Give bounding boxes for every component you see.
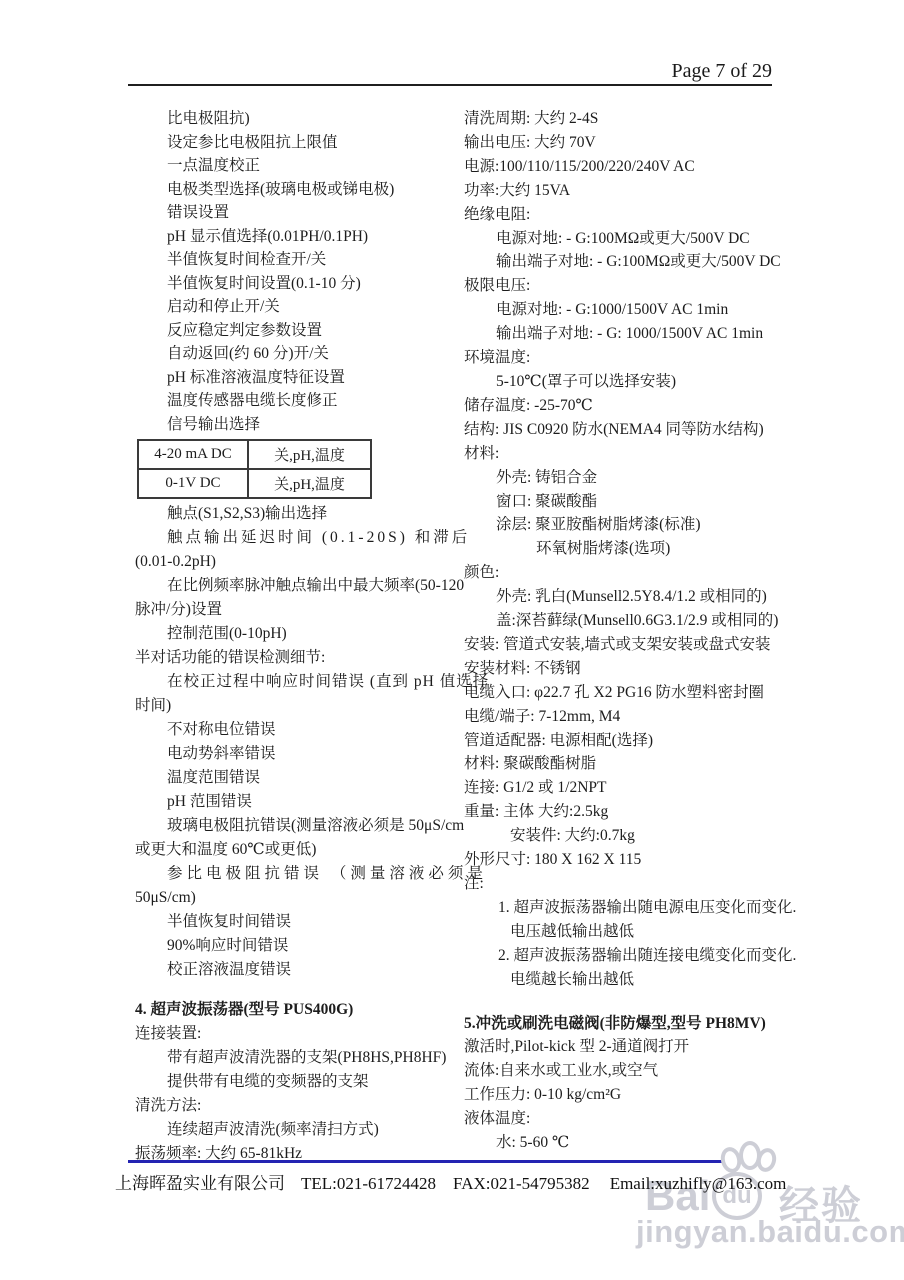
text-line: 90%响应时间错误 (135, 934, 465, 958)
text-line: 清洗方法: (135, 1094, 465, 1118)
text-line: 5-10℃(罩子可以选择安装) (464, 370, 809, 394)
text-line: 电源对地: - G:1000/1500V AC 1min (464, 298, 809, 322)
text-line: 连接: G1/2 或 1/2NPT (464, 776, 809, 800)
text-line: 工作压力: 0-10 kg/cm²G (464, 1083, 809, 1107)
baidu-watermark-url: jingyan.baidu.com (636, 1214, 904, 1250)
text-line: 外壳: 乳白(Munsell2.5Y8.4/1.2 或相同的) (464, 585, 809, 609)
text-line: 反应稳定判定参数设置 (135, 319, 465, 343)
text-line: 触点(S1,S2,S3)输出选择 (135, 502, 465, 526)
text-line: 结构: JIS C0920 防水(NEMA4 同等防水结构) (464, 418, 809, 442)
table-row: 4-20 mA DC关,pH,温度 (138, 440, 371, 469)
table-cell: 0-1V DC (138, 469, 248, 498)
text-line: 极限电压: (464, 274, 809, 298)
text-line: 储存温度: -25-70℃ (464, 394, 809, 418)
text-line: 激活时,Pilot-kick 型 2-通道阀打开 (464, 1035, 809, 1059)
text-line: 安装材料: 不锈钢 (464, 657, 809, 681)
text-line: 连接装置: (135, 1022, 465, 1046)
text-line: 功率:大约 15VA (464, 179, 809, 203)
text-line: 涂层: 聚亚胺酯树脂烤漆(标准) (464, 513, 809, 537)
text-line: 外壳: 铸铝合金 (464, 466, 809, 490)
footer-tel: TEL:021-61724428 (301, 1174, 436, 1194)
text-line: 连续超声波清洗(频率清扫方式) (135, 1118, 465, 1142)
page-number: Page 7 of 29 (128, 60, 772, 83)
text-line: 安装件: 大约:0.7kg (464, 824, 809, 848)
text-line: 触点输出延迟时间 (0.1-20S) 和滞后 (135, 526, 465, 550)
text-line: 流体:自来水或工业水,或空气 (464, 1059, 809, 1083)
text-line: 不对称电位错误 (135, 718, 465, 742)
footer-divider (128, 1160, 765, 1163)
text-line: 环境温度: (464, 346, 809, 370)
text-line: 电压越低输出越低 (464, 920, 809, 944)
text-line: 注: (464, 872, 809, 896)
text-line: 设定参比电极阻抗上限值 (135, 131, 465, 155)
text-line: 电缆入口: φ22.7 孔 X2 PG16 防水塑料密封圈 (464, 681, 809, 705)
text-line: 自动返回(约 60 分)开/关 (135, 342, 465, 366)
text-line: 半值恢复时间错误 (135, 910, 465, 934)
text-line: 电极类型选择(玻璃电极或锑电极) (135, 178, 465, 202)
left-section-details: 触点(S1,S2,S3)输出选择触点输出延迟时间 (0.1-20S) 和滞后(0… (135, 502, 465, 1166)
text-line: 半值恢复时间设置(0.1-10 分) (135, 272, 465, 296)
left-section-spec-list: 比电极阻抗)设定参比电极阻抗上限值一点温度校正电极类型选择(玻璃电极或锑电极)错… (135, 107, 465, 436)
table-row: 0-1V DC关,pH,温度 (138, 469, 371, 498)
text-line: 参比电极阻抗错误 （测量溶液必须是 (135, 862, 465, 886)
header-divider (128, 84, 772, 86)
text-line: 错误设置 (135, 201, 465, 225)
table-cell: 关,pH,温度 (248, 469, 371, 498)
text-line: 电缆越长输出越低 (464, 968, 809, 992)
text-line: 窗口: 聚碳酸酯 (464, 490, 809, 514)
text-line: 外形尺寸: 180 X 162 X 115 (464, 848, 809, 872)
text-line: 电源:100/110/115/200/220/240V AC (464, 155, 809, 179)
table-cell: 关,pH,温度 (248, 440, 371, 469)
text-line: 带有超声波清洗器的支架(PH8HS,PH8HF) (135, 1046, 465, 1070)
text-line: 在校正过程中响应时间错误 (直到 pH 值选择 (135, 670, 465, 694)
text-line: 输出电压: 大约 70V (464, 131, 809, 155)
right-column: 清洗周期: 大约 2-4S输出电压: 大约 70V电源:100/110/115/… (464, 107, 809, 1155)
text-line: 提供带有电缆的变频器的支架 (135, 1070, 465, 1094)
text-line: 管道适配器: 电源相配(选择) (464, 729, 809, 753)
text-line: 半值恢复时间检查开/关 (135, 248, 465, 272)
section-heading: 5.冲洗或刷洗电磁阀(非防爆型,型号 PH8MV) (464, 1012, 809, 1036)
text-line: 1. 超声波振荡器输出随电源电压变化而变化. (464, 896, 809, 920)
text-line: 脉冲/分)设置 (135, 598, 465, 622)
text-line: 输出端子对地: - G:100MΩ或更大/500V DC (464, 250, 809, 274)
footer-fax: FAX:021-54795382 (453, 1174, 590, 1194)
text-line: 清洗周期: 大约 2-4S (464, 107, 809, 131)
footer: 上海晖盈实业有限公司TEL:021-61724428FAX:021-547953… (115, 1169, 835, 1194)
text-line: 电动势斜率错误 (135, 742, 465, 766)
text-line: 时间) (135, 694, 465, 718)
text-line: 液体温度: (464, 1107, 809, 1131)
footer-email: Email:xuzhifly@163.com (610, 1174, 787, 1194)
text-line: 半对话功能的错误检测细节: (135, 646, 465, 670)
text-line: (0.01-0.2pH) (135, 550, 465, 574)
text-line: 控制范围(0-10pH) (135, 622, 465, 646)
text-line: 输出端子对地: - G: 1000/1500V AC 1min (464, 322, 809, 346)
text-line: 一点温度校正 (135, 154, 465, 178)
text-line: 环氧树脂烤漆(选项) (464, 537, 809, 561)
text-line: 信号输出选择 (135, 413, 465, 437)
text-line: 50μS/cm) (135, 886, 465, 910)
text-line: 颜色: (464, 561, 809, 585)
signal-output-table: 4-20 mA DC关,pH,温度0-1V DC关,pH,温度 (137, 439, 372, 499)
text-line: pH 显示值选择(0.01PH/0.1PH) (135, 225, 465, 249)
section-heading: 4. 超声波振荡器(型号 PUS400G) (135, 998, 465, 1022)
document-page: Page 7 of 29 比电极阻抗)设定参比电极阻抗上限值一点温度校正电极类型… (0, 0, 904, 1280)
table-cell: 4-20 mA DC (138, 440, 248, 469)
text-line: 材料: 聚碳酸酯树脂 (464, 752, 809, 776)
text-line: 盖:深苔藓绿(Munsell0.6G3.1/2.9 或相同的) (464, 609, 809, 633)
text-line: 温度范围错误 (135, 766, 465, 790)
text-line: 比电极阻抗) (135, 107, 465, 131)
text-line: pH 标准溶液温度特征设置 (135, 366, 465, 390)
text-line: pH 范围错误 (135, 790, 465, 814)
text-line: 2. 超声波振荡器输出随连接电缆变化而变化. (464, 944, 809, 968)
text-line: 电缆/端子: 7-12mm, M4 (464, 705, 809, 729)
text-line: 安装: 管道式安装,墙式或支架安装或盘式安装 (464, 633, 809, 657)
text-line: 玻璃电极阻抗错误(测量溶液必须是 50μS/cm (135, 814, 465, 838)
left-column: 比电极阻抗)设定参比电极阻抗上限值一点温度校正电极类型选择(玻璃电极或锑电极)错… (135, 107, 465, 1166)
text-line: 电源对地: - G:100MΩ或更大/500V DC (464, 227, 809, 251)
text-line: 温度传感器电缆长度修正 (135, 389, 465, 413)
text-line: 重量: 主体 大约:2.5kg (464, 800, 809, 824)
text-line: 校正溶液温度错误 (135, 958, 465, 982)
text-line: 材料: (464, 442, 809, 466)
text-line: 在比例频率脉冲触点输出中最大频率(50-120 (135, 574, 465, 598)
text-line: 绝缘电阻: (464, 203, 809, 227)
text-line: 启动和停止开/关 (135, 295, 465, 319)
text-line: 或更大和温度 60℃或更低) (135, 838, 465, 862)
footer-company: 上海晖盈实业有限公司 (115, 1169, 285, 1194)
